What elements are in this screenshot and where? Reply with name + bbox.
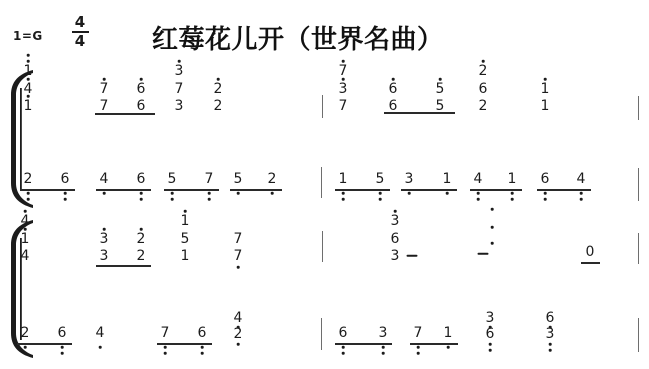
octave-dot-above [544, 78, 547, 81]
octave-dot-above [342, 60, 345, 63]
octave-dot-below [237, 343, 240, 346]
beam-underline [384, 112, 455, 114]
octave-dot-below [417, 352, 420, 355]
note-digit: 6 [479, 82, 488, 96]
octave-dot-below [201, 352, 204, 355]
beam-underline [335, 189, 390, 191]
octave-dot-below [61, 346, 64, 349]
note-digit: 6 [546, 311, 555, 325]
octave-dot-below [164, 346, 167, 349]
octave-dot-below [237, 192, 240, 195]
octave-dot-above [27, 95, 30, 98]
note-digit: 2 [268, 172, 277, 186]
note-digit: 4 [474, 172, 483, 186]
note-digit: 1 [181, 214, 190, 228]
octave-dot-below [24, 346, 27, 349]
beam-underline [410, 343, 458, 345]
octave-dot-below [544, 192, 547, 195]
octave-dot-below [208, 198, 211, 201]
note-digit: 1 [541, 82, 550, 96]
beam-underline [581, 262, 600, 264]
octave-dot-below [201, 346, 204, 349]
note-digit: 3 [175, 99, 184, 113]
octave-dot-below [342, 192, 345, 195]
note-digit: 1 [339, 172, 348, 186]
octave-dot-above [140, 78, 143, 81]
octave-dot-below [27, 192, 30, 195]
octave-dot-above [27, 78, 30, 81]
note-digit: 7 [100, 99, 109, 113]
note-digit: 5 [436, 82, 445, 96]
note-digit: 5 [168, 172, 177, 186]
note-digit: 1 [541, 99, 550, 113]
note-digit: 3 [175, 64, 184, 78]
score-page: 1=G 4 4 红莓花儿开（世界名曲） 14177663732273766552… [0, 0, 649, 369]
beam-underline [470, 189, 522, 191]
octave-dot-below [164, 352, 167, 355]
beam-underline [537, 189, 591, 191]
barline [321, 167, 322, 198]
octave-dot-below [342, 198, 345, 201]
octave-dot-below [511, 192, 514, 195]
octave-dot-below [477, 198, 480, 201]
beam-underline [157, 343, 212, 345]
octave-dot-above [178, 60, 181, 63]
note-digit: 1 [444, 326, 453, 340]
note-digit: 3 [486, 311, 495, 325]
note-digit: 1 [24, 64, 33, 78]
octave-dot-below [417, 346, 420, 349]
octave-dot-above [342, 78, 345, 81]
note-digit: 2 [214, 82, 223, 96]
octave-dot [491, 242, 494, 245]
octave-dot-above [27, 60, 30, 63]
octave-dot-above [140, 228, 143, 231]
note-digit: 3 [405, 172, 414, 186]
octave-dot-below [342, 352, 345, 355]
octave-dot-below [379, 192, 382, 195]
octave-dot-below [24, 352, 27, 355]
note-digit: 7 [339, 99, 348, 113]
octave-dot-above [482, 60, 485, 63]
octave-dot-below [140, 198, 143, 201]
octave-dot-above [27, 54, 30, 57]
barline [321, 318, 322, 350]
octave-dot [491, 226, 494, 229]
note-digit: 6 [137, 99, 146, 113]
note-digit: 2 [21, 326, 30, 340]
note-digit: 6 [339, 326, 348, 340]
note-digit: 6 [198, 326, 207, 340]
octave-dot-below [61, 352, 64, 355]
barline [638, 96, 639, 120]
note-digit: 2 [234, 327, 243, 341]
beam-underline [335, 343, 392, 345]
octave-dot-below [580, 192, 583, 195]
octave-dot-below [580, 198, 583, 201]
note-digit: 4 [21, 249, 30, 263]
octave-dot [491, 208, 494, 211]
note-digit: 3 [339, 82, 348, 96]
note-digit: 6 [58, 326, 67, 340]
beam-underline [96, 189, 151, 191]
note-digit: 7 [414, 326, 423, 340]
note-digit: 1 [181, 249, 190, 263]
octave-dot-below [511, 198, 514, 201]
note-digit: 6 [389, 82, 398, 96]
octave-dot-above [184, 210, 187, 213]
octave-dot-below [549, 349, 552, 352]
note-digit: 5 [436, 99, 445, 113]
octave-dot-below [27, 198, 30, 201]
note-digit: 2 [479, 99, 488, 113]
note-digit: 2 [479, 64, 488, 78]
note-digit: 7 [234, 249, 243, 263]
note-digit: 7 [234, 232, 243, 246]
octave-dot-below [447, 346, 450, 349]
rest-digit: 0 [586, 245, 595, 259]
octave-dot-below [489, 343, 492, 346]
note-digit: 3 [100, 249, 109, 263]
note-digit: 4 [96, 326, 105, 340]
barline [638, 233, 639, 264]
beam-underline [20, 189, 75, 191]
octave-dot-below [549, 343, 552, 346]
octave-dot-below [271, 192, 274, 195]
note-digit: 7 [339, 64, 348, 78]
duration-dash [478, 253, 489, 255]
note-digit: 5 [376, 172, 385, 186]
octave-dot-below [446, 192, 449, 195]
octave-dot-below [477, 192, 480, 195]
octave-dot-above [392, 78, 395, 81]
duration-dash [407, 255, 418, 257]
octave-dot-above [103, 78, 106, 81]
octave-dot-below [171, 192, 174, 195]
note-digit: 1 [508, 172, 517, 186]
note-digit: 6 [486, 327, 495, 341]
note-digit: 6 [61, 172, 70, 186]
barline [638, 168, 639, 201]
note-digit: 4 [234, 311, 243, 325]
octave-dot-below [171, 198, 174, 201]
octave-dot-below [342, 346, 345, 349]
note-digit: 2 [137, 232, 146, 246]
note-digit: 2 [214, 99, 223, 113]
octave-dot-above [103, 228, 106, 231]
note-digit: 7 [100, 82, 109, 96]
octave-dot-below [237, 266, 240, 269]
beam-underline [17, 343, 72, 345]
note-digit: 7 [175, 82, 184, 96]
octave-dot-above [217, 78, 220, 81]
octave-dot-above [394, 210, 397, 213]
note-digit: 1 [24, 99, 33, 113]
note-digit: 7 [161, 326, 170, 340]
octave-dot-below [64, 192, 67, 195]
note-digit: 2 [137, 249, 146, 263]
octave-dot-below [489, 349, 492, 352]
octave-dot-above [24, 210, 27, 213]
octave-dot-below [408, 192, 411, 195]
notation-area: 1417766373227376655262112646575215314164… [0, 0, 649, 369]
note-digit: 6 [391, 232, 400, 246]
note-digit: 2 [24, 172, 33, 186]
note-digit: 6 [137, 172, 146, 186]
note-digit: 1 [443, 172, 452, 186]
octave-dot-below [140, 192, 143, 195]
beam-underline [164, 189, 219, 191]
note-digit: 5 [181, 232, 190, 246]
octave-dot-below [544, 198, 547, 201]
note-digit: 3 [546, 327, 555, 341]
barline [322, 231, 323, 262]
beam-underline [95, 113, 155, 115]
note-digit: 7 [205, 172, 214, 186]
note-digit: 1 [21, 232, 30, 246]
note-digit: 3 [391, 249, 400, 263]
octave-dot-below [382, 346, 385, 349]
octave-dot-above [439, 78, 442, 81]
octave-dot-below [99, 346, 102, 349]
note-digit: 3 [100, 232, 109, 246]
beam-underline [230, 189, 282, 191]
octave-dot-below [103, 192, 106, 195]
barline [638, 318, 639, 352]
note-digit: 4 [21, 214, 30, 228]
note-digit: 4 [100, 172, 109, 186]
octave-dot-above [24, 228, 27, 231]
octave-dot-below [382, 352, 385, 355]
note-digit: 5 [234, 172, 243, 186]
beam-underline [96, 265, 151, 267]
barline [322, 95, 323, 118]
octave-dot-below [208, 192, 211, 195]
note-digit: 3 [379, 326, 388, 340]
note-digit: 6 [389, 99, 398, 113]
note-digit: 6 [541, 172, 550, 186]
note-digit: 6 [137, 82, 146, 96]
octave-dot-below [64, 198, 67, 201]
octave-dot-below [379, 198, 382, 201]
beam-underline [401, 189, 457, 191]
note-digit: 4 [577, 172, 586, 186]
note-digit: 3 [391, 214, 400, 228]
